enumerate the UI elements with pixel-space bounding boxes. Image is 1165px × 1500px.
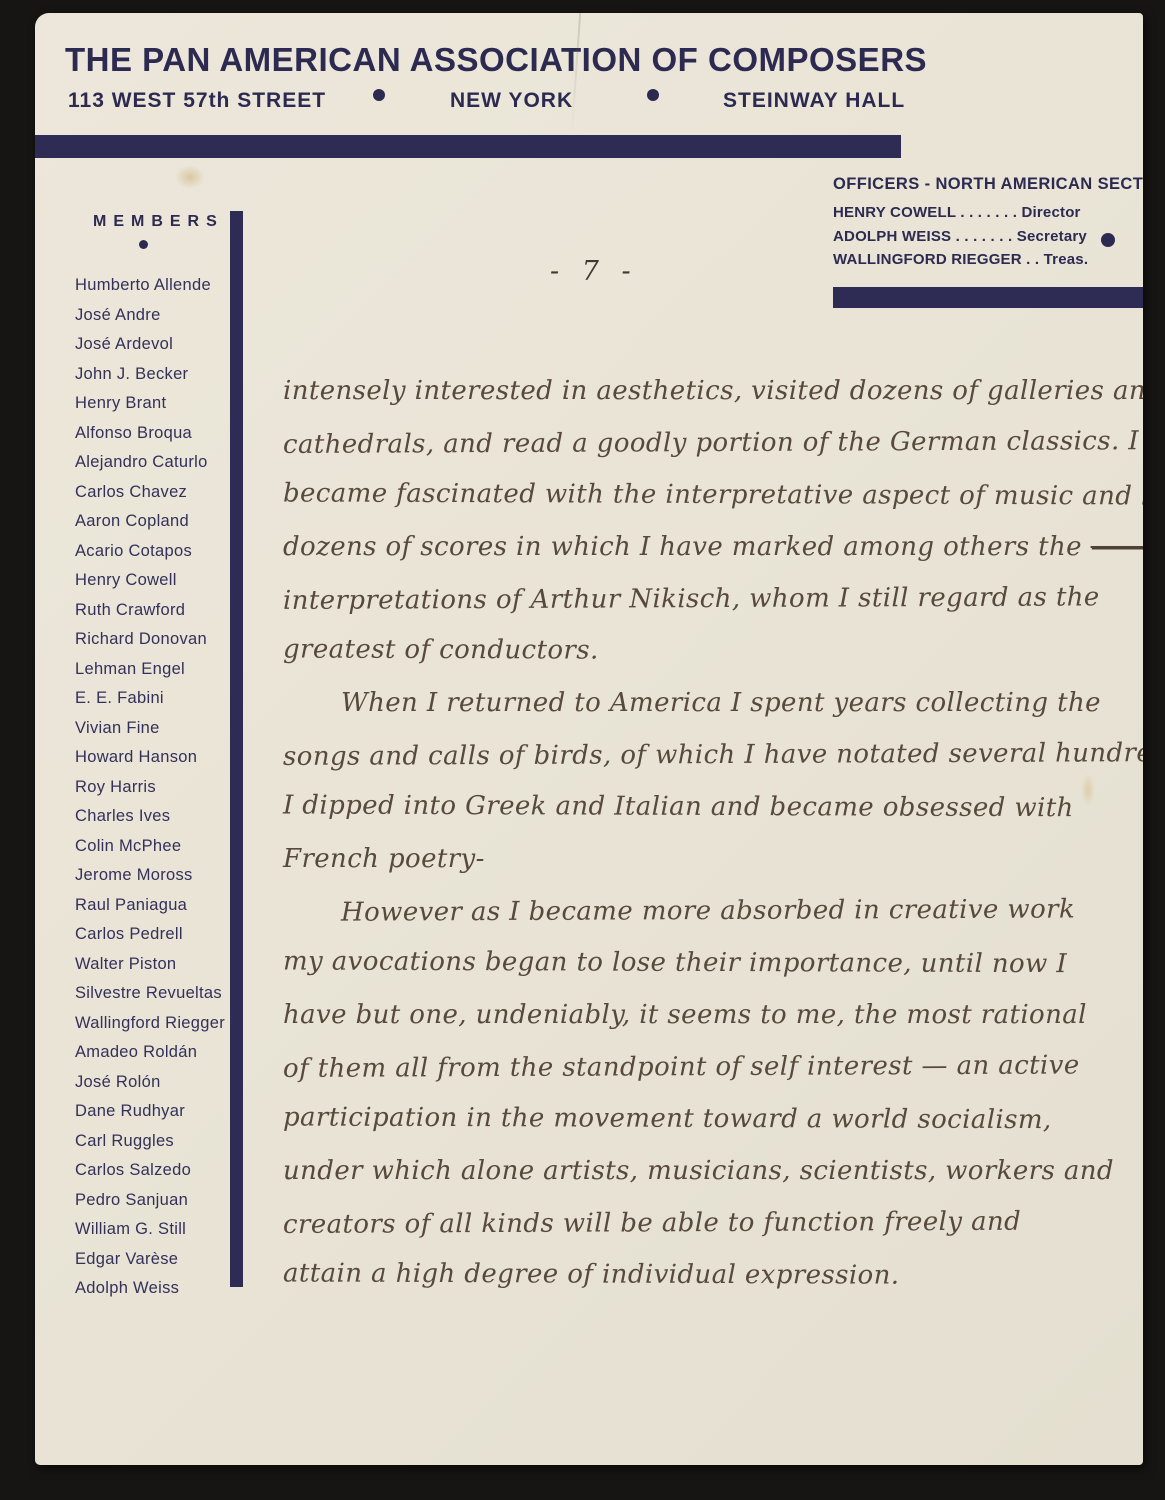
- member-name: Dane Rudhyar: [75, 1097, 231, 1127]
- handwriting-text: intensely interested in aesthetics, visi…: [283, 376, 1143, 406]
- member-name: Amadeo Roldán: [75, 1038, 231, 1068]
- handwriting-line: participation in the movement toward a w…: [283, 1091, 1143, 1146]
- organization-title: THE PAN AMERICAN ASSOCIATION OF COMPOSER…: [65, 41, 945, 79]
- officers-bullet-icon: [1101, 233, 1115, 247]
- handwriting-line: creators of all kinds will be able to fu…: [283, 1195, 1143, 1251]
- handwriting-text: interpretations of Arthur Nikisch, whom …: [283, 582, 1100, 616]
- member-name: Jerome Moross: [75, 861, 231, 891]
- member-name: Charles Ives: [75, 802, 231, 832]
- members-bullet-icon: [139, 240, 148, 249]
- handwriting-line: have but one, undeniably, it seems to me…: [283, 989, 1143, 1041]
- member-name: Pedro Sanjuan: [75, 1186, 231, 1216]
- member-name: Richard Donovan: [75, 625, 231, 655]
- handwriting-text: attain a high degree of individual expre…: [283, 1258, 900, 1290]
- member-name: Raul Paniagua: [75, 891, 231, 921]
- member-name: Humberto Allende: [75, 271, 231, 301]
- member-name: Carlos Pedrell: [75, 920, 231, 950]
- handwriting-line: interpretations of Arthur Nikisch, whom …: [283, 571, 1143, 627]
- handwriting-text: However as I became more absorbed in cre…: [341, 894, 1075, 927]
- member-name: Alfonso Broqua: [75, 419, 231, 449]
- member-name: Silvestre Revueltas: [75, 979, 231, 1009]
- handwriting-text: greatest of conductors.: [283, 634, 599, 665]
- member-name: José Ardevol: [75, 330, 231, 360]
- bullet-separator-icon: [647, 89, 659, 101]
- members-list: Humberto AllendeJosé AndreJosé ArdevolJo…: [75, 271, 231, 1304]
- member-name: Carl Ruggles: [75, 1127, 231, 1157]
- hall-label: STEINWAY HALL: [723, 89, 905, 113]
- member-name: Howard Hanson: [75, 743, 231, 773]
- handwriting-line: cathedrals, and read a goodly portion of…: [283, 415, 1143, 471]
- officers-rule-bar: [833, 287, 1143, 308]
- handwriting-line: French poetry-: [283, 833, 1143, 885]
- member-name: Lehman Engel: [75, 655, 231, 685]
- header-rule-bar: [35, 135, 901, 158]
- member-name: Roy Harris: [75, 773, 231, 803]
- member-name: Carlos Salzedo: [75, 1156, 231, 1186]
- member-name: John J. Becker: [75, 360, 231, 390]
- address-line: 113 WEST 57th STREET NEW YORK STEINWAY H…: [35, 89, 915, 121]
- handwriting-text: of them all from the standpoint of self …: [283, 1050, 1080, 1083]
- member-name: Ruth Crawford: [75, 596, 231, 626]
- member-name: Alejandro Caturlo: [75, 448, 231, 478]
- page-number: - 7 -: [550, 256, 638, 287]
- letter-page: THE PAN AMERICAN ASSOCIATION OF COMPOSER…: [35, 13, 1143, 1465]
- handwriting-line: attain a high degree of individual expre…: [283, 1247, 1143, 1302]
- member-name: Wallingford Riegger: [75, 1009, 231, 1039]
- handwriting-line: became fascinated with the interpretativ…: [283, 467, 1143, 522]
- handwriting-text: French poetry-: [283, 844, 485, 874]
- handwriting-text: creators of all kinds will be able to fu…: [283, 1207, 1021, 1240]
- handwriting-line: greatest of conductors.: [283, 623, 1143, 678]
- letter-body: intensely interested in aesthetics, visi…: [283, 365, 1143, 1301]
- handwriting-line: of them all from the standpoint of self …: [283, 1039, 1143, 1095]
- street-address: 113 WEST 57th STREET: [68, 89, 326, 113]
- city-label: NEW YORK: [450, 89, 573, 113]
- handwriting-line: intensely interested in aesthetics, visi…: [283, 365, 1143, 417]
- struck-out-word: ———: [1091, 532, 1143, 562]
- paper-stain: [175, 165, 205, 189]
- officers-rows: HENRY COWELL . . . . . . . DirectorADOLP…: [833, 201, 1143, 272]
- members-heading: MEMBERS: [93, 213, 224, 231]
- handwriting-line: I dipped into Greek and Italian and beca…: [283, 779, 1143, 834]
- member-name: William G. Still: [75, 1215, 231, 1245]
- handwriting-line: However as I became more absorbed in cre…: [283, 883, 1143, 939]
- member-name: José Rolón: [75, 1068, 231, 1098]
- member-name: Edgar Varèse: [75, 1245, 231, 1275]
- handwriting-line: my avocations began to lose their import…: [283, 935, 1143, 990]
- member-name: Adolph Weiss: [75, 1274, 231, 1304]
- member-name: José Andre: [75, 301, 231, 331]
- handwriting-text: became fascinated with the interpretativ…: [283, 478, 1143, 511]
- members-divider-bar: [230, 211, 243, 1287]
- handwriting-text: When I returned to America I spent years…: [341, 688, 1101, 718]
- handwriting-text: cathedrals, and read a goodly portion of…: [283, 426, 1139, 460]
- handwriting-line: songs and calls of birds, of which I hav…: [283, 727, 1143, 783]
- handwriting-text: songs and calls of birds, of which I hav…: [283, 738, 1143, 772]
- officer-row: HENRY COWELL . . . . . . . Director: [833, 201, 1143, 225]
- officer-row: ADOLPH WEISS . . . . . . . Secretary: [833, 225, 1143, 249]
- handwriting-line: under which alone artists, musicians, sc…: [283, 1145, 1143, 1197]
- member-name: Vivian Fine: [75, 714, 231, 744]
- officers-section: OFFICERS - NORTH AMERICAN SECTION HENRY …: [833, 175, 1143, 272]
- member-name: Henry Brant: [75, 389, 231, 419]
- handwriting-text: dozens of scores in which I have marked …: [283, 532, 1091, 562]
- handwriting-line: When I returned to America I spent years…: [283, 677, 1143, 729]
- member-name: Walter Piston: [75, 950, 231, 980]
- member-name: Colin McPhee: [75, 832, 231, 862]
- member-name: Henry Cowell: [75, 566, 231, 596]
- bullet-separator-icon: [373, 89, 385, 101]
- scanned-letter: { "letterhead": { "title": "THE PAN AMER…: [0, 0, 1165, 1500]
- handwriting-text: my avocations began to lose their import…: [283, 946, 1067, 979]
- handwriting-text: have but one, undeniably, it seems to me…: [283, 1000, 1087, 1030]
- member-name: Acario Cotapos: [75, 537, 231, 567]
- handwriting-text: I dipped into Greek and Italian and beca…: [283, 790, 1074, 823]
- member-name: Carlos Chavez: [75, 478, 231, 508]
- member-name: E. E. Fabini: [75, 684, 231, 714]
- member-name: Aaron Copland: [75, 507, 231, 537]
- handwriting-line: dozens of scores in which I have marked …: [283, 521, 1143, 573]
- handwriting-text: under which alone artists, musicians, sc…: [283, 1156, 1114, 1186]
- officers-heading: OFFICERS - NORTH AMERICAN SECTION: [833, 175, 1143, 194]
- handwriting-text: participation in the movement toward a w…: [283, 1102, 1052, 1135]
- officer-row: WALLINGFORD RIEGGER . . Treas.: [833, 248, 1143, 272]
